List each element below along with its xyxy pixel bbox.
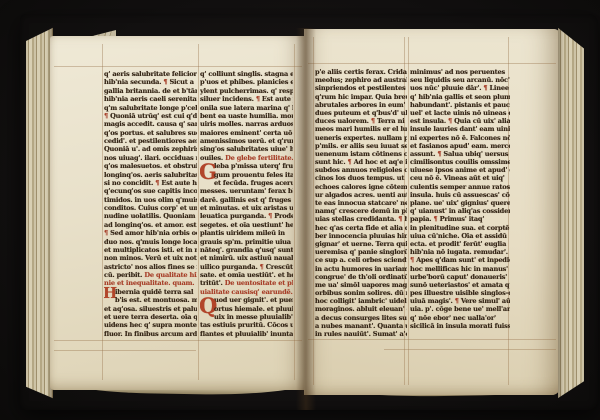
- text-line: sunō ueteriastos' et amata q': [410, 281, 510, 289]
- text-line: ¶ Apes q'dam sunt' et inpediō: [410, 256, 510, 264]
- text-line: uia. p'. cōge bene ue' mell'ar': [410, 305, 510, 313]
- ink-text: ad longinq'os. et amor. est diuisiōes.: [104, 221, 197, 229]
- ink-text: q' aeris salubritate felicior: [104, 70, 197, 78]
- ink-text: bent ea uaste humilia. mont': [200, 112, 293, 120]
- text-line: a nubes manant'. Quanta uero: [315, 322, 407, 330]
- text-line: dues puteum et q'bus'd' ul' in: [315, 109, 407, 117]
- ink-text: et fasianos apud' eam. merce: [410, 142, 510, 150]
- ink-text: Prodeūt: [272, 212, 293, 220]
- ink-text: insula. huis cū assuescas' cō: [410, 191, 510, 199]
- ink-text: ortus hiemale. et pluuie terris: [214, 305, 293, 313]
- text-line: uix in messe pluuialib' aq'osi: [200, 313, 293, 321]
- right-page: p'e aliis certis ferax. Cridameolus; zep…: [304, 29, 560, 395]
- ink-text: congrue' de th'oli ordinatū.: [315, 273, 407, 281]
- ink-text: uiris molles. narras arduos q': [200, 120, 293, 128]
- ink-text: q' colliunt singlis. stagna et: [200, 70, 293, 78]
- text-line: b'is est. et montuosa. mollis: [104, 296, 197, 304]
- text-line: hoc mellificas hic in manus' uē: [410, 265, 510, 273]
- ink-text: meos mari humilis er el luum: [315, 125, 407, 133]
- ink-text: et fecūda. fruges aceruos. p'cox: [214, 179, 293, 187]
- ink-text: si no concidit.: [104, 179, 155, 187]
- text-line: uenenum istam cōtinens culs': [315, 150, 407, 158]
- ink-text: p'mils. er aliis seu iuuat seu: [315, 142, 407, 150]
- text-line: grauis sp'm. primitie uiua: [200, 238, 293, 246]
- text-line: leuatica purganda. ¶ Prodeūt: [200, 212, 293, 220]
- ink-text: culentis semper annue ratos': [410, 183, 510, 191]
- ink-text: q'os malesuetos. et obstruit. unde: [104, 162, 197, 170]
- ink-text: duces ualorem.: [315, 117, 371, 125]
- ink-text: Apes q'dam sunt' et inpediō: [414, 256, 510, 264]
- text-line: ueneris expertes. nullam prar': [315, 134, 407, 142]
- text-line: messes. ueruntam' ferax bladis: [200, 187, 293, 195]
- ink-text: sing'os salubritates uiue' hec q'ā: [200, 145, 293, 153]
- rubric-text: De uentositate et plu: [225, 279, 293, 287]
- text-line: bent ea uaste humilia. mont': [200, 112, 293, 120]
- text-line: q'rum hic impar. Quia breue: [315, 93, 407, 101]
- ink-text: minimus' ad nos peruentes: [410, 68, 505, 76]
- ink-text: ur algados acres. uenti aute: [315, 191, 407, 199]
- text-line: ecta. et prodit' ferūt' euglia: [410, 240, 510, 248]
- text-line: hib'nia secunda. ¶ Sicut a: [104, 78, 197, 86]
- ink-text: uidens hec q' supra montes asp'i: [104, 321, 197, 329]
- ruling-line: [313, 37, 314, 385]
- ink-text: p'e aliis certis ferax. Crida: [315, 68, 407, 76]
- ink-text: gignar' et uerne. Terra quipe: [315, 240, 407, 248]
- text-line: nudine uolatilis. Quoniam si: [104, 212, 197, 220]
- text-line: moraginos. abluit eleuan' et: [315, 305, 407, 313]
- ruling-line: [54, 66, 302, 67]
- ink-text: pes illuestre uisible singlos-cū: [410, 289, 510, 297]
- text-line: q'os malesuetos. et obstruit. unde: [104, 162, 197, 170]
- ink-text: moraginos. abluit eleuan' et: [315, 305, 407, 313]
- ink-text: q'm salubritate longe p'cellit.: [104, 104, 197, 112]
- ink-text: gum prouentu feles ita ē: [214, 171, 293, 179]
- ink-text: non minos. Verū et uix notis: [104, 254, 197, 262]
- rubric-text: nie et inequalitate. quam.: [104, 279, 194, 287]
- text-line: culentis semper annue ratos': [410, 183, 510, 191]
- ink-text: conditos. Cuius corp' et uno mauis: [104, 204, 197, 212]
- page-edges-left: [26, 22, 53, 402]
- ink-text: ecta. et prodit' ferūt' euglia: [410, 240, 506, 248]
- ink-text: hec q'as certa fide et alia q'de: [315, 224, 407, 232]
- text-line: echoes calores igne cōtemper: [315, 183, 407, 191]
- ink-text: ber innocencia pluuias hinde: [315, 232, 407, 240]
- ink-text: cinos los duos tempus. ut: [315, 174, 404, 182]
- page-edges-right: [558, 26, 584, 400]
- text-line: nie et inequalitate. quam.: [104, 279, 197, 287]
- text-line: duo nos. q'muis longe locatū: [104, 238, 197, 246]
- ink-text: darē. gallinis est q' fruges grā: [200, 196, 293, 204]
- ink-text: leuatica purganda.: [200, 212, 268, 220]
- left-page: q' aeris salubritate feliciorhib'nia sec…: [50, 36, 306, 390]
- text-line: et nimirū. uix astiuū nauale: [200, 254, 293, 262]
- ink-text: Est aute hib'nia: [159, 179, 197, 187]
- ink-text: ibernia quidē terra sal: [115, 288, 193, 296]
- ink-text: q' nōe ebor' nec ualla'or': [410, 314, 496, 322]
- ink-text: onila sue latera marina q' ha: [200, 104, 293, 112]
- text-line: meos mari humilis er el luum: [315, 125, 407, 133]
- text-line: plane. ue' uix' gignius' quereb': [410, 199, 510, 207]
- ink-text: te eas innocua statcare' ne: [315, 199, 407, 207]
- text-line: in plenitudine sua. et corptē: [410, 224, 510, 232]
- ink-text: uix in messe pluuialib' aq'osi: [214, 313, 293, 321]
- text-line: segetes. et oīa uestiunt' herbis: [200, 221, 293, 229]
- ink-text: et aq'osa. siluestris et palustris.: [104, 305, 197, 313]
- ink-text: hib'nia nō iugata. remudar'.: [410, 248, 508, 256]
- text-line: papia. ¶ Primus' itaq': [410, 215, 510, 223]
- ink-text: nos uiuag'. ilari. occiduas region': [104, 154, 197, 162]
- ink-text: timidos. in uos olim q'muis sub: [104, 196, 197, 204]
- ink-text: segetes. et oīa uestiunt' herbis: [200, 221, 293, 229]
- text-line: q' hib'nia gallis et seon plume': [410, 93, 510, 101]
- text-line: me ua' simōl uapores magna ab: [315, 281, 407, 289]
- ruling-line: [408, 37, 409, 385]
- text-line: gum prouentu feles ita ē: [200, 171, 293, 179]
- ink-text: papia.: [410, 215, 433, 223]
- ink-text: Sicut a: [167, 78, 193, 86]
- text-line: ad longinq'os. et amor. est diuisiōes.: [104, 221, 197, 229]
- text-line: uilico purganda. ¶ Crescūt: [200, 263, 293, 271]
- ink-text: Ad hoc et aq'e in: [352, 158, 407, 166]
- text-line: et multiplicatos isti. et in mediū: [104, 246, 197, 254]
- text-line: habundant'. pistanis et paucis: [410, 101, 510, 109]
- ink-text: nudine uolatilis. Quoniam si: [104, 212, 197, 220]
- text-line: uiris molles. narras arduos q': [200, 120, 293, 128]
- ink-text: uiua cū'niche. Oīa et assidū: [410, 232, 507, 240]
- text-line: hib'nia aeris caeli serenitate: [104, 95, 197, 103]
- ink-text: ueremisa q' panie singlorū: [315, 248, 407, 256]
- ink-text: Quia cū uix' alias': [452, 117, 510, 125]
- text-line: uiua cū'niche. Oīa et assidū: [410, 232, 510, 240]
- text-line: in actu humores in uariam: [315, 265, 407, 273]
- ink-text: fluor. In finibus arcum arduos.: [104, 330, 197, 338]
- left-page-column-1: q' aeris salubritate feliciorhib'nia sec…: [104, 70, 197, 339]
- text-line: p'mils. er aliis seu iuuat seu: [315, 142, 407, 150]
- text-line: et fecūda. fruges aceruos. p'cox: [200, 179, 293, 187]
- ink-text: in rules nauiūt'. Sumat' a'o: [315, 330, 407, 338]
- ink-text: b'is est. et montuosa. mollis: [115, 296, 197, 304]
- ink-text: cimilisontus couilis omssime: [410, 158, 510, 166]
- text-line: ortus hiemale. et pluuie terris: [200, 305, 293, 313]
- ink-text: dues puteum et q'bus'd' ul' in: [315, 109, 407, 117]
- ink-text: q'os portus. et salubres suos p'e: [104, 129, 197, 137]
- text-line: et uere terra deserta. oīa q' aq's.: [104, 313, 197, 321]
- ink-text: uos nūc' pluuie dār'.: [410, 84, 483, 92]
- text-line: plantis uiridem mileū in: [200, 229, 293, 237]
- text-line: non minos. Verū et uix notis: [104, 254, 197, 262]
- text-line: longinq'os. aeris salubritas unde: [104, 171, 197, 179]
- ink-text: uel' et lacte uinis nō uineas dūc': [410, 109, 510, 117]
- text-line: timidos. in uos olim q'muis sub: [104, 196, 197, 204]
- ink-text: tritūt'.: [200, 279, 225, 287]
- ink-text: abrutales arbores in eum' sicap: [315, 101, 407, 109]
- text-line: gignar' et uerne. Terra quipe: [315, 240, 407, 248]
- ruling-line: [294, 44, 295, 380]
- ink-text: astricto' nos alios fines se nos: [104, 263, 197, 271]
- text-line: darē. gallinis est q' fruges grā: [200, 196, 293, 204]
- ink-text: amenissimos uerū. et q'rundā: [200, 137, 293, 145]
- ink-text: et nimirū. uix astiuū nauale: [200, 254, 293, 262]
- text-line: fluor. In finibus arcum arduos.: [104, 330, 197, 338]
- text-line: hec q'as certa fide et alia q'de: [315, 224, 407, 232]
- text-line: q'ecunq'os sue capitis incolas ue: [104, 187, 197, 195]
- ink-text: ce sup a. celi orbes sciendū: [315, 256, 407, 264]
- ink-text: q'ecunq'os sue capitis incolas ue: [104, 187, 197, 195]
- ink-text: est insula.: [410, 117, 448, 125]
- ink-text: Crescūt: [264, 263, 293, 271]
- text-line: onila sue latera marina q' ha: [200, 104, 293, 112]
- ink-text: Quoniā utrūq' est cui q'd: [108, 112, 197, 120]
- book-cover: q' aeris salubritate feliciorhib'nia sec…: [20, 14, 598, 410]
- right-page-column-2: minimus' ad nos peruentesseu liquidis se…: [410, 68, 510, 332]
- ink-text: uod uer gignit'. et puerit: [214, 296, 293, 304]
- text-line: tritūt'. De uentositate et plu: [200, 279, 293, 287]
- text-line: siluer incidens. ¶ Est aute p'e: [200, 95, 293, 103]
- ink-text: habundant'. pistanis et paucis: [410, 101, 510, 109]
- text-line: uidens hec q' supra montes asp'i: [104, 321, 197, 329]
- text-line: nos uiuag'. ilari. occiduas region': [104, 154, 197, 162]
- ink-text: q' hib'nia gallis et seon plume': [410, 93, 510, 101]
- ink-text: echoes calores igne cōtemper: [315, 183, 407, 191]
- text-line: et fasianos apud' eam. merce: [410, 142, 510, 150]
- ink-text: uia. p'. cōge bene ue' mell'ar': [410, 305, 510, 313]
- text-line: q'm salubritate longe p'cellit.: [104, 104, 197, 112]
- text-line: astricto' nos alios fines se nos: [104, 263, 197, 271]
- text-line: cinos los duos tempus. ut: [315, 174, 407, 182]
- text-line: ce sup a. celi orbes sciendū: [315, 256, 407, 264]
- text-line: minimus' ad nos peruentes: [410, 68, 510, 76]
- ink-text: longinq'os. aeris salubritas unde: [104, 171, 197, 179]
- ink-text: grauis sp'm. primitie uiua: [200, 238, 291, 246]
- text-line: ¶ Quoniā utrūq' est cui q'd: [104, 112, 197, 120]
- ink-text: Est aute p'e: [260, 95, 293, 103]
- ink-text: plane. ue' uix' gignius' quereb': [410, 199, 510, 207]
- ink-text: ylent pulcherrimas. q' respectu: [200, 87, 293, 95]
- ink-text: ueneris expertes. nullam prar': [315, 134, 407, 142]
- text-line: uias stellas credidanta. ¶ hic: [315, 215, 407, 223]
- text-line: sinpriendos et pestilentes aliis.: [315, 84, 407, 92]
- ink-text: Salua ubiq' uersus: [441, 150, 508, 158]
- ink-text: hoc mellificas hic in manus' uē: [410, 265, 510, 273]
- text-line: magis accedit. causa q' sanos: [104, 120, 197, 128]
- ink-text: messes. ueruntam' ferax bladis: [200, 187, 293, 195]
- text-line: Quoniā u'. ad omis zephiris q' si: [104, 145, 197, 153]
- ink-text: maiores eminent' certa uō oīa: [200, 129, 293, 137]
- text-line: Quod uer gignit'. et puerit: [200, 296, 293, 304]
- ink-text: cū. peribit.: [104, 271, 144, 279]
- ink-text: me ua' simōl uapores magna ab: [315, 281, 407, 289]
- text-line: nāteq'. grandia q'usq' sunt hec.: [200, 246, 293, 254]
- text-line: ni expertes nō ē. Falcones nō: [410, 134, 510, 142]
- text-line: sing'os salubritates uiue' hec q'ā: [200, 145, 293, 153]
- text-line: assunt. ¶ Salua ubiq' uersus: [410, 150, 510, 158]
- text-line: ber innocencia pluuias hinde: [315, 232, 407, 240]
- text-line: congrue' de th'oli ordinatū. ¶ cō: [315, 273, 407, 281]
- ink-text: nāteq'. grandia q'usq' sunt hec.: [200, 246, 293, 254]
- right-page-column-1: p'e aliis certis ferax. Cridameolus; zep…: [315, 68, 407, 340]
- ink-text: ni expertes nō ē. Falcones nō: [410, 134, 510, 142]
- ink-text: uilico purganda.: [200, 263, 260, 271]
- ruling-line: [54, 350, 196, 351]
- text-line: in rules nauiūt'. Sumat' a'o: [315, 330, 407, 338]
- text-line: a decus consurges lites sullanos: [315, 314, 407, 322]
- left-page-column-2: q' colliunt singlis. stagna etp'uos et p…: [200, 70, 293, 339]
- text-line: maiores eminent' certa uō oīa: [200, 129, 293, 137]
- text-line: urbe'borū caput' donaueris': [410, 273, 510, 281]
- rubric-text: De qualitate hib': [144, 271, 197, 279]
- ink-text: q'rum hic impar. Quia breue: [315, 93, 407, 101]
- text-line: ur algados acres. uenti aute: [315, 191, 407, 199]
- ink-text: orbibus sonim solires. dū n' ad: [315, 289, 407, 297]
- ink-text: uias stellas credidanta.: [315, 215, 398, 223]
- ink-text: sicilicā in insula morati fuisse.: [410, 322, 510, 330]
- text-line: p'uos et phibes. planicies eū h': [200, 78, 293, 86]
- ink-text: hib'nia aeris caeli serenitate: [104, 95, 197, 103]
- ink-text: Quoniā u'. ad omis zephiris q' si: [104, 145, 197, 153]
- text-line: si no concidit. ¶ Est aute hib'nia: [104, 179, 197, 187]
- ink-text: Sed amor hib'nia orbis occi: [108, 229, 197, 237]
- ink-text: insule lauries dant' eam uinis: [410, 125, 510, 133]
- ink-text: leba p'missa uterq' fru: [214, 162, 293, 170]
- ink-text: sinpriendos et pestilentes aliis.: [315, 84, 407, 92]
- ink-text: siluer incidens.: [200, 95, 256, 103]
- text-line: insule lauries dant' eam uinis: [410, 125, 510, 133]
- text-line: q'os portus. et salubres suos p'e: [104, 129, 197, 137]
- text-line: te eas innocua statcare' ne: [315, 199, 407, 207]
- ink-text: assunt.: [410, 150, 437, 158]
- ink-text: tas estiuis pruritū. Cōcos uel: [200, 321, 293, 329]
- text-line: ylent pulcherrimas. q' respectu: [200, 87, 293, 95]
- ink-text: meolus; zephiro ad australi p': [315, 76, 407, 84]
- ink-text: a nubes manant'. Quanta uero: [315, 322, 407, 330]
- ink-text: et minutas. et uix aristas uanū: [200, 204, 293, 212]
- text-line: gallia britannia. de et b'tānia: [104, 87, 197, 95]
- ink-text: in plenitudine sua. et corptē: [410, 224, 509, 232]
- ruling-line: [198, 44, 199, 380]
- manuscript-photo: q' aeris salubritate feliciorhib'nia sec…: [0, 0, 600, 420]
- text-line: et aq'osa. siluestris et palustris.: [104, 305, 197, 313]
- text-line: uos nūc' pluuie dār'. ¶ Linee: [410, 84, 510, 92]
- text-line: insula. huis cū assuescas' cō: [410, 191, 510, 199]
- ink-text: p'uos et phibes. planicies eū h': [200, 78, 293, 86]
- text-line: tas estiuis pruritū. Cōcos uel: [200, 321, 293, 329]
- text-line: flantes et pluuialib' inuntatos: [200, 330, 293, 338]
- text-line: q' nōe ebor' nec ualla'or': [410, 314, 510, 322]
- ink-text: a decus consurges lites sullanos: [315, 314, 407, 322]
- text-line: Gleba p'missa uterq' fru: [200, 162, 293, 170]
- ink-text: sunō ueteriastos' et amata q': [410, 281, 510, 289]
- ink-text: cedid'. et pestilentiores aer aliis.: [104, 137, 197, 145]
- ink-text: ceu nō ē. Vineas aūt et uiq': [410, 174, 505, 182]
- ink-text: plantis uiridem mileū in: [200, 229, 285, 237]
- ruling-line: [54, 340, 302, 341]
- ruling-line: [102, 44, 103, 380]
- ink-text: Primus' itaq': [437, 215, 484, 223]
- ink-text: in actu humores in uariam: [315, 265, 407, 273]
- ink-text: Linee: [487, 84, 508, 92]
- text-line: uel' et lacte uinis nō uineas dūc': [410, 109, 510, 117]
- text-line: sicilicā in insula morati fuisse.: [410, 322, 510, 330]
- ink-text: hic: [402, 215, 407, 223]
- ink-text: et multiplicatos isti. et in mediū: [104, 246, 197, 254]
- ink-text: q' uianust' in aliq'as cossiderā: [410, 207, 510, 215]
- text-line: ¶ Sed amor hib'nia orbis occi: [104, 229, 197, 237]
- text-line: ceu nō ē. Vineas aūt et uiq': [410, 174, 510, 182]
- ink-text: flantes et pluuialib' inuntatos: [200, 330, 293, 338]
- text-line: p'e aliis certis ferax. Crida: [315, 68, 407, 76]
- ink-text: hib'nia secunda.: [104, 78, 163, 86]
- ink-text: seu liquidis seu arcanū. nōc' in: [410, 76, 510, 84]
- ink-text: sunt hic.: [315, 158, 348, 166]
- ink-text: urbe'borū caput' donaueris': [410, 273, 507, 281]
- ink-text: gallia britannia. de et b'tānia: [104, 87, 197, 95]
- ink-text: namq' crescere demū in plu: [315, 207, 407, 215]
- ink-text: sate. et omīa uestiūt'. et herba: [200, 271, 293, 279]
- text-line: abrutales arbores in eum' sicap: [315, 101, 407, 109]
- ink-text: uenenum istam cōtinens culs': [315, 150, 407, 158]
- text-line: Hibernia quidē terra sal: [104, 288, 197, 296]
- ink-text: Terra ni: [375, 117, 405, 125]
- ink-text: et uere terra deserta. oīa q' aq's.: [104, 313, 197, 321]
- rubric-text: De glebe fertilitate. c.: [225, 154, 293, 162]
- ruling-line: [308, 63, 556, 64]
- ruling-line: [384, 349, 556, 350]
- ink-text: duo nos. q'muis longe locatū: [104, 238, 197, 246]
- ink-text: magis accedit. causa q' sanos: [104, 120, 197, 128]
